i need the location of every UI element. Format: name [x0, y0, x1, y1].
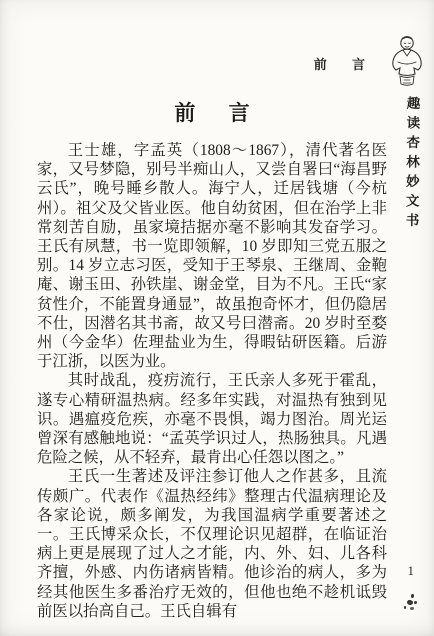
paragraph-1: 王士雄，字孟英（1808～1867），清代著名医家，又号梦隐，别号半痴山人，又尝… [37, 141, 387, 371]
running-header: 前 言 [314, 54, 376, 73]
scholar-figure-illustration [387, 34, 427, 90]
ink-blot-mark [403, 592, 421, 616]
page-number: 1 [408, 563, 415, 579]
paragraph-2: 其时战乱，疫疠流行，王氏亲人多死于霍乱，遂专心精研温热病。经多年实践，对温热有独… [37, 371, 387, 467]
preface-body: 王士雄，字孟英（1808～1867），清代著名医家，又号梦隐，别号半痴山人，又尝… [37, 141, 387, 621]
paragraph-3: 王氏一生著述及评注参订他人之作甚多，且流传颇广。代表作《温热经纬》整理古代温病理… [37, 467, 387, 621]
running-header-title: 前 言 [314, 57, 376, 72]
page-title: 前 言 [2, 97, 422, 127]
book-page: 前 言 趣读杏林妙文书 前 言 王士雄，字孟英（1808～1867），清代著名医… [0, 0, 434, 636]
